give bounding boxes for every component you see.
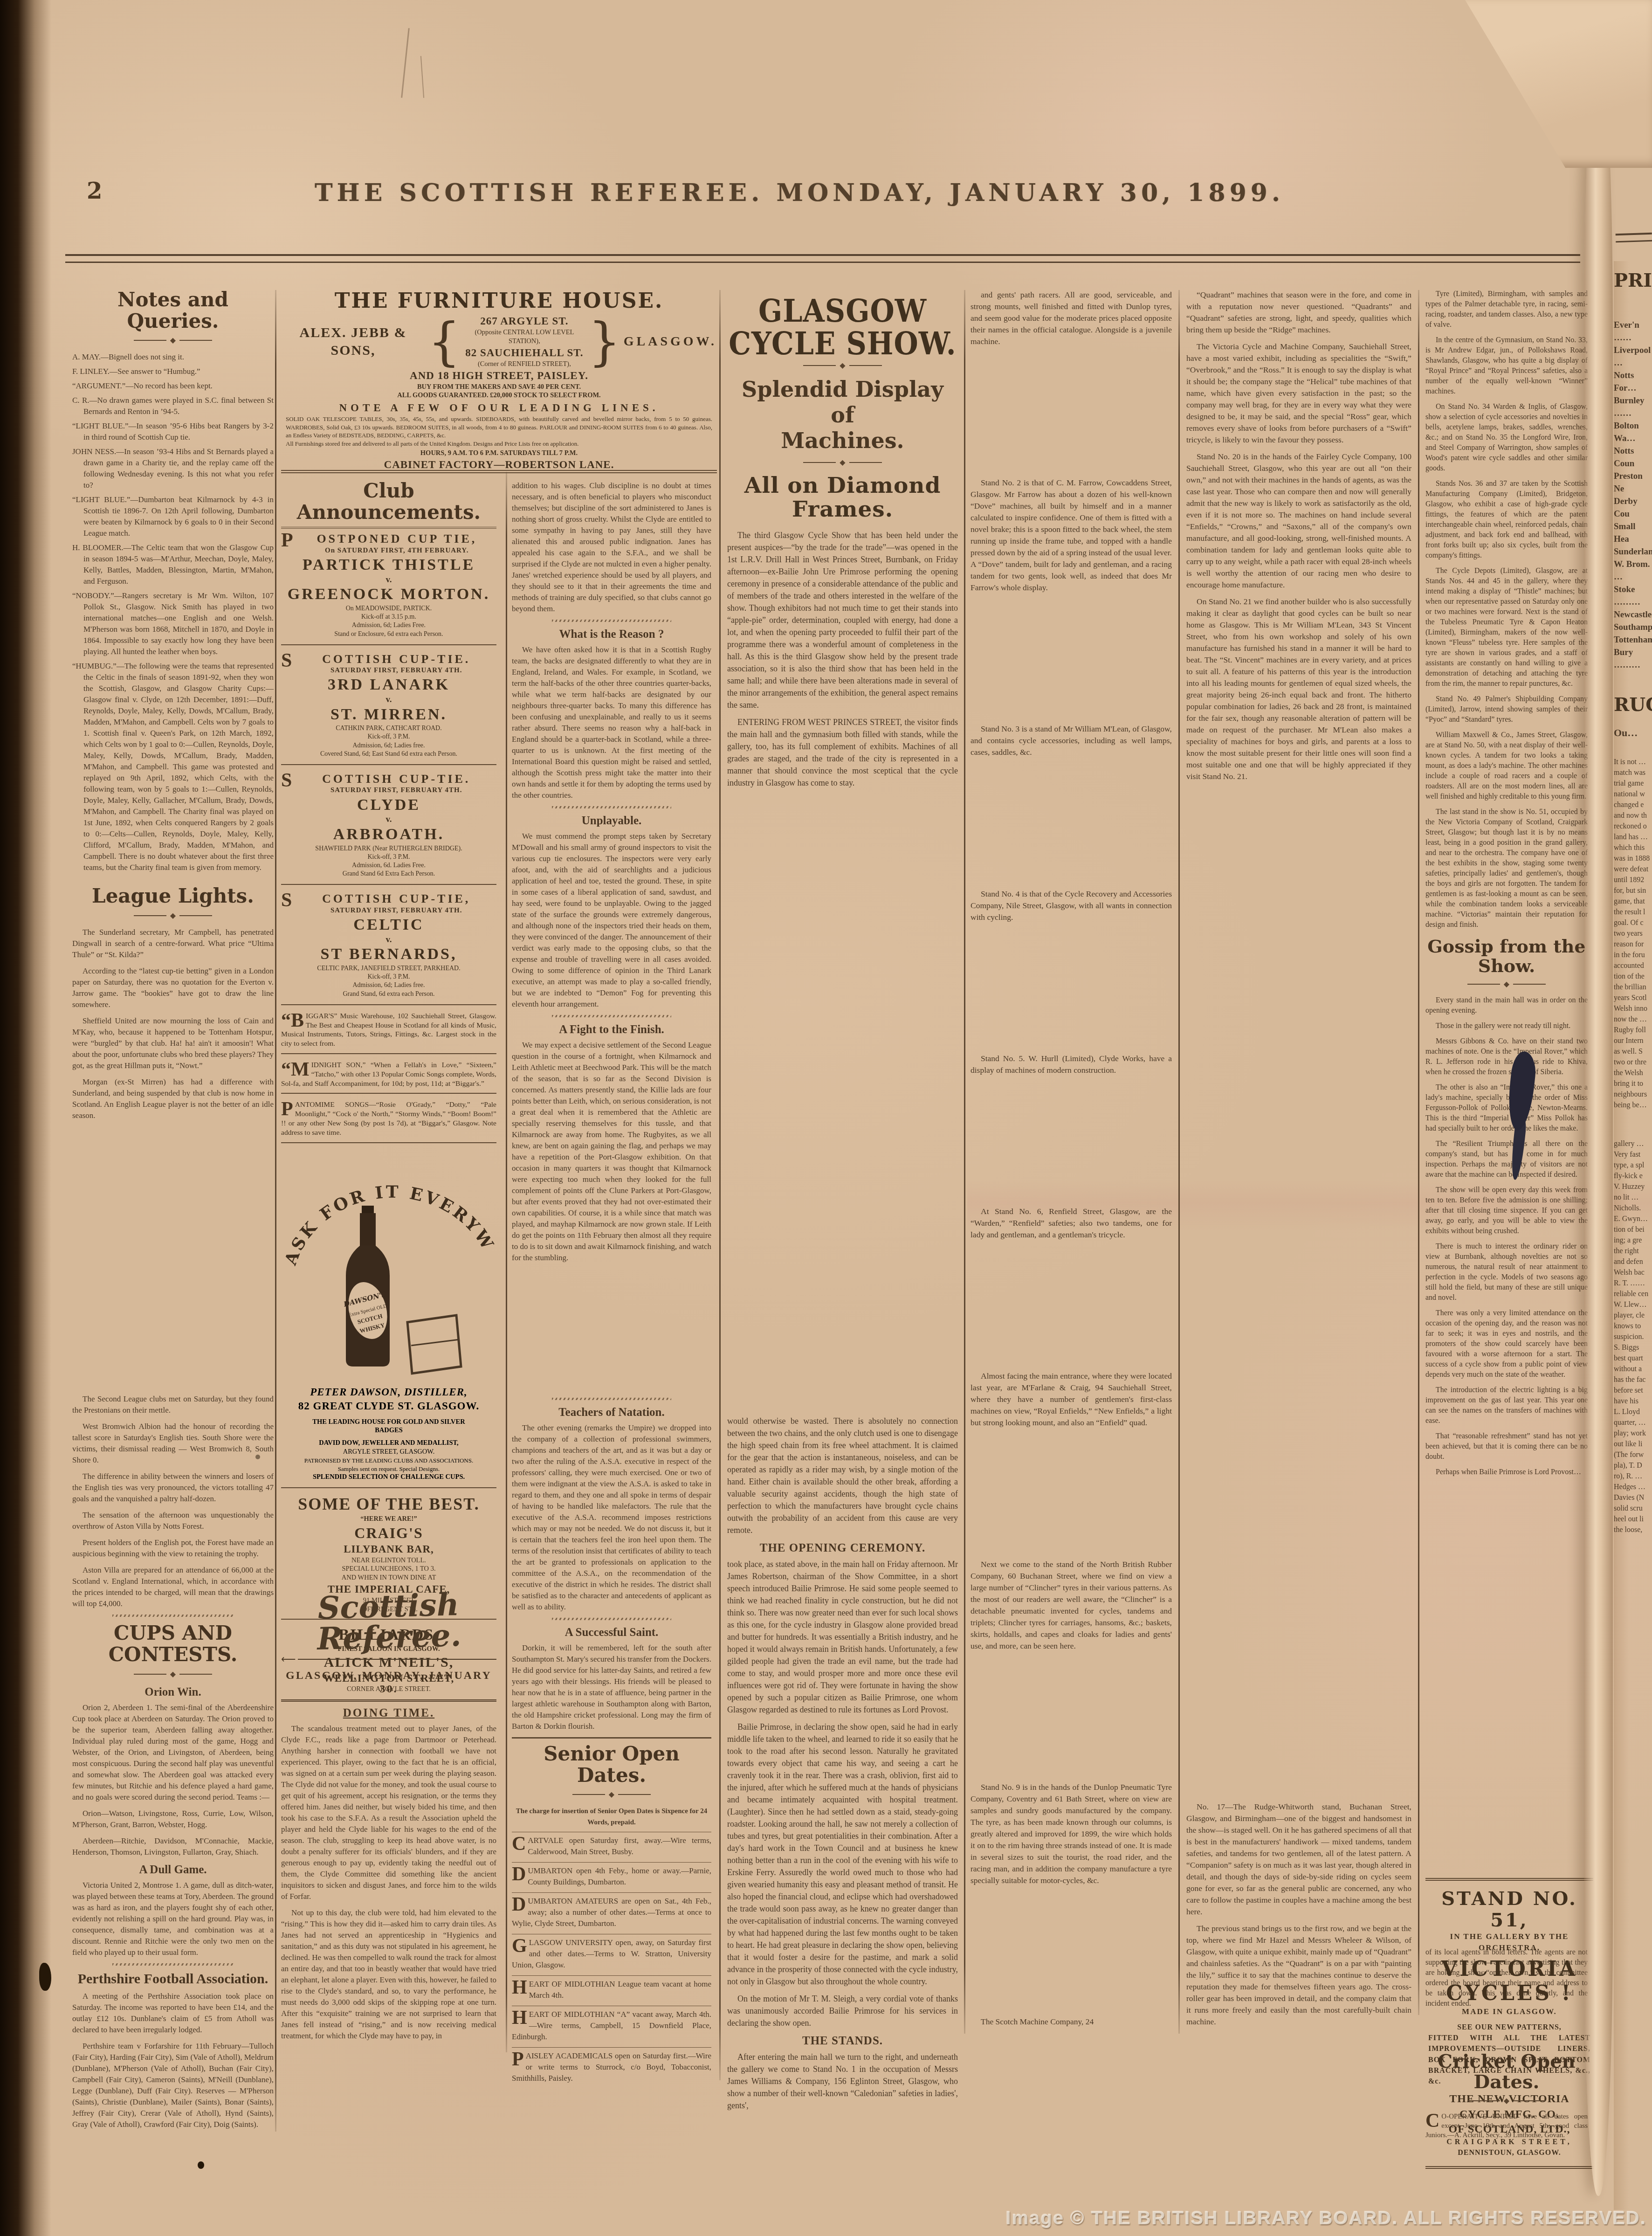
kickoff: Kick-off, 3 P.M. — [281, 853, 496, 862]
article-text: would otherwise be wasted. There is abso… — [727, 1415, 958, 1536]
stand-price: Covered Stand, 6d; East Stand 6d extra e… — [281, 750, 496, 759]
open-date-item: HEART OF MIDLOTHIAN “A” vacant away, Mar… — [512, 2006, 711, 2043]
query-item: “ARGUMENT.”—No record has been kept. — [72, 380, 274, 392]
team-line: Aberdeen—Ritchie, Davidson, M'Connachie,… — [72, 1836, 274, 1858]
divider-ornament: ◆ — [727, 458, 958, 467]
stand-paragraph: Stand No. 9 is in the hands of the Dunlo… — [971, 1781, 1172, 1886]
article-text: On the motion of Mr T. M. Sleigh, a very… — [727, 1993, 958, 2029]
article-subhead: Splendid Display of — [727, 377, 958, 428]
column-editorial: addition to his wages. Club discipline i… — [512, 480, 711, 2089]
ad-address: AND 18 HIGH STREET, PAISLEY. — [281, 369, 717, 383]
stand-paragraph: At Stand No. 6, Renfield Street, Glasgow… — [971, 1206, 1172, 1241]
badges-line: BADGES — [281, 1426, 496, 1435]
gossip-paragraph: The “Resilient Triumph” is all there on … — [1425, 1139, 1588, 1180]
bar-name-2: LILYBANK BAR, — [281, 1542, 496, 1556]
bar-luncheons: SPECIAL LUNCHEONS, 1 TO 3. — [281, 1565, 496, 1573]
article-text: A meeting of the Perthshire Association … — [72, 1991, 274, 2036]
cut-heading: PRIN — [1614, 270, 1652, 291]
dawson-whisky-ad: ASK FOR IT EVERYWHERE. DAWSON'S Extra Sp… — [281, 1150, 496, 1488]
versus: v. — [281, 575, 496, 585]
article-text: We may expect a decisive settlement of t… — [512, 1040, 711, 1263]
notice-date: SATURDAY FIRST, FEBRUARY 4TH. — [281, 666, 496, 676]
ad-heading: SOME OF THE BEST. — [281, 1494, 496, 1515]
masthead-title: THE SCOTTISH REFEREE. MONDAY, JANUARY 30… — [0, 181, 1599, 205]
stand-location-line: IN THE GALLERY BY THE ORCHESTRA, — [1428, 1931, 1590, 1953]
query-item: “HUMBUG.”—The following were the teams t… — [72, 661, 274, 873]
league-item: Aston Villa are prepared for an attendan… — [72, 1565, 274, 1609]
club-notice: SCOTTISH CUP-TIE. SATURDAY FIRST, FEBRUA… — [281, 772, 496, 885]
away-team: ARBROATH. — [281, 825, 496, 845]
stand-paragraph: On Stand No. 34 Warden & Inglis, of Glas… — [1425, 402, 1588, 474]
ad-address-note: (Opposite CENTRAL LOW LEVEL STATION), — [463, 328, 585, 346]
open-dates-list: CARTVALE open Saturday first, away.—Wire… — [512, 1832, 711, 2084]
league-item: Sheffield United are now mourning the lo… — [72, 1015, 274, 1071]
subheading: THE OPENING CEREMONY. — [727, 1541, 958, 1555]
query-item: “LIGHT BLUE.”—Dumbarton beat Kilmarnock … — [72, 494, 274, 539]
subheading: A Fight to the Finish. — [512, 1023, 711, 1037]
biggars-music-ad: “BIGGAR'S” Music Warehouse, 102 Sauchieh… — [281, 1012, 496, 1054]
gossip-paragraph: Every stand in the main hall was in orde… — [1425, 995, 1588, 1016]
stand-number-line: STAND No. 51, — [1428, 1888, 1590, 1931]
stand-paragraph: Stand No. 5. W. Hurll (Limited), Clyde W… — [971, 1053, 1172, 1076]
cut-subheading: Ou… — [1614, 727, 1652, 738]
cut-paragraph: It is not … match was trial game nationa… — [1614, 757, 1652, 1111]
stands-paragraphs: Tyre (Limited), Birmingham, with samples… — [1425, 289, 1588, 930]
league-item: The Sunderland secretary, Mr Campbell, h… — [72, 927, 274, 960]
fold-sliver-column: PRIN Ever'n …… Liverpool … Notts For… Bu… — [1614, 261, 1652, 2210]
ad-address: 82 SAUCHIEHALL ST. — [463, 346, 585, 360]
distiller-address: 82 GREAT CLYDE ST. GLASGOW. — [281, 1399, 496, 1413]
brace-left-glyph: { — [428, 316, 461, 367]
column-notes-and-queries: Notes and Queries. ◆ A. MAY.—Bignell doe… — [72, 289, 274, 2135]
article-text: Dorkin, it will be remembered, left for … — [512, 1642, 711, 1732]
article-text: Perthshire team v Forfarshire for 11th F… — [72, 2041, 274, 2130]
ad-city: GLASGOW. — [624, 333, 717, 350]
bar-location: NEAR EGLINTON TOLL. — [281, 1556, 496, 1565]
samples-line: Samples sent on request. Special Designs… — [281, 1465, 496, 1473]
stand-paragraph: In the centre of the Gymnasium, on Stand… — [1425, 335, 1588, 397]
article-text: We have often asked how it is that in a … — [512, 644, 711, 801]
subheading: Teachers of Natation. — [512, 1406, 711, 1420]
article-text: The other evening (remarks the Umpire) w… — [512, 1422, 711, 1613]
club-notice: SCOTTISH CUP-TIE, SATURDAY FIRST, FEBRUA… — [281, 891, 496, 1005]
ad-factory: CABINET FACTORY—ROBERTSON LANE. — [281, 458, 717, 472]
notice-label: SCOTTISH CUP-TIE. — [281, 652, 496, 666]
stand-paragraph: Stand No. 4 is that of the Cycle Recover… — [971, 888, 1172, 923]
jeweller-line: DAVID DOW, JEWELLER AND MEDALLIST, — [281, 1439, 496, 1448]
article-text: Bailie Primrose, in declaring the show o… — [727, 1721, 958, 1988]
stand-price: Stand or Enclosure, 6d extra each Person… — [281, 630, 496, 639]
divider-squiggle — [112, 1615, 233, 1617]
cafe-lead: AND WHEN IN TOWN DINE AT — [281, 1573, 496, 1582]
ink-speck — [198, 2161, 204, 2169]
venue: On MEADOWSIDE, PARTICK. — [281, 605, 496, 613]
article-text: took place, as stated above, in the main… — [727, 1558, 958, 1716]
leader-heading: DOING TIME. — [281, 1706, 496, 1720]
league-item: Morgan (ex-St Mirren) has had a differen… — [72, 1077, 274, 1121]
pantomime-songs-ad: PANTOMIME SONGS—“Rosie O'Grady,” “Dotty,… — [281, 1100, 496, 1143]
header-rule — [65, 254, 1580, 263]
notice-label: SCOTTISH CUP-TIE. — [281, 772, 496, 786]
venue: CATHKIN PARK, CATHCART ROAD. — [281, 725, 496, 733]
divider-ornament: ◆ — [72, 1670, 274, 1679]
stand-paragraph: “Quadrant” machines that season were in … — [1186, 289, 1411, 336]
leader-continuation: addition to his wages. Club discipline i… — [512, 480, 711, 614]
divider-squiggle — [552, 1015, 672, 1017]
versus: v. — [281, 935, 496, 945]
patterns-line: SEE OUR NEW PATTERNS, — [1428, 2022, 1590, 2033]
article-text: The third Glasgow Cycle Show that has be… — [727, 529, 958, 711]
ad-storage-note: All Furnishings stored free and delivere… — [281, 440, 717, 448]
query-item: F. LINLEY.—See answer to “Humbug.” — [72, 366, 274, 377]
notice-date: SATURDAY FIRST, FEBRUARY 4TH. — [281, 786, 496, 795]
whisky-bottle-illustration: ASK FOR IT EVERYWHERE. DAWSON'S Extra Sp… — [282, 1150, 496, 1383]
admission: Admission, 6d; Ladies free. — [281, 981, 496, 990]
admission: Admission, 6d; Ladies Free. — [281, 621, 496, 630]
cut-paragraph: gallery … Very fast type, a spl fly-kick… — [1614, 1139, 1652, 1535]
home-team: PARTICK THISTLE — [281, 555, 496, 575]
column-rule — [1418, 290, 1419, 2015]
divider-ornament: ◆ — [727, 361, 958, 370]
gossip-paragraph: Those in the gallery were not ready till… — [1425, 1021, 1588, 1031]
stand-paragraph: and gents' path racers. All are good, se… — [971, 289, 1172, 347]
divider-ornament: ◆ — [72, 911, 274, 920]
badges-line: THE LEADING HOUSE FOR GOLD AND SILVER — [281, 1418, 496, 1427]
cut-heading: RUG — [1614, 695, 1652, 715]
leader-text: Not up to this day, the club were told, … — [281, 1907, 496, 2042]
ad-address-note: (Corner of RENFIELD STREET), — [463, 360, 585, 369]
venue: CELTIC PARK, JANEFIELD STREET, PARKHEAD. — [281, 965, 496, 973]
subheading: A Successful Saint. — [512, 1626, 711, 1640]
ad-leading-lines: SOLID OAK TELESCOPE TABLES, 30s, 35s, 45… — [281, 415, 717, 440]
stand-paragraph: Stand No. 49 Palmer's Shipbuilding Compa… — [1425, 694, 1588, 725]
stands-paragraphs: and gents' path racers. All are good, se… — [971, 289, 1172, 2033]
open-date-item: HEART OF MIDLOTHIAN League team vacant a… — [512, 1975, 711, 2001]
gossip-paragraph: The show will be open every day this wee… — [1425, 1185, 1588, 1236]
divider-squiggle — [552, 1618, 672, 1620]
versus: v. — [281, 695, 496, 705]
ad-firm: ALEX. JEBB & SONS, — [281, 324, 425, 359]
stand-paragraph: The last stand in the show is No. 51, oc… — [1425, 807, 1588, 930]
open-dates-charge: The charge for insertion of Senior Open … — [512, 1806, 711, 1828]
column-rule — [506, 472, 507, 2052]
query-item: “LIGHT BLUE.”—In season ’95-6 Hibs beat … — [72, 421, 274, 443]
subheading: A Dull Game. — [72, 1863, 274, 1877]
stand-paragraph: Stand No. 20 is in the hands of the Fair… — [1186, 451, 1411, 591]
divider-ornament: ◆ — [512, 1790, 711, 1799]
divider-squiggle — [552, 806, 672, 808]
section-heading: League Lights. — [72, 885, 274, 907]
venue: SHAWFIELD PARK (Near RUTHERGLEN BRIDGE). — [281, 845, 496, 853]
open-date-item: DUMBARTON AMATEURS are open on Sat., 4th… — [512, 1892, 711, 1929]
stand-price: Grand Stand, 6d extra each Person. — [281, 990, 496, 999]
page-fold-curl — [1584, 51, 1613, 2196]
stand-paragraph: Tyre (Limited), Birmingham, with samples… — [1425, 289, 1588, 330]
column-gossip: Tyre (Limited), Birmingham, with samples… — [1425, 289, 1588, 2014]
league-item: The difference in ability between the wi… — [72, 1471, 274, 1504]
patronised-line: PATRONISED BY THE LEADING CLUBS AND ASSO… — [281, 1456, 496, 1465]
kickoff: Kick-off at 3.15 p.m. — [281, 613, 496, 621]
divider-squiggle — [552, 620, 672, 622]
book-spine-shadow — [0, 0, 51, 2236]
divider-ornament: ◆ — [72, 336, 274, 345]
stand-paragraph: On Stand No. 21 we find another builder … — [1186, 596, 1411, 782]
section-heading: Notes and Queries. — [72, 289, 274, 332]
article-text: After entering the main hall we turn to … — [727, 2051, 958, 2112]
away-team: ST BERNARDS, — [281, 945, 496, 965]
gossip-paragraph: Perhaps when Bailie Primrose is Lord Pro… — [1425, 1467, 1588, 1477]
open-date-item: DUMBARTON open 4th Feby., home or away.—… — [512, 1862, 711, 1888]
stand-paragraph: The Victoria Cycle and Machine Company, … — [1186, 341, 1411, 446]
article-text: Victoria United 2, Montrose 1. A game, d… — [72, 1880, 274, 1958]
column-rule — [1178, 290, 1180, 2034]
section-heading: Senior Open Dates. — [512, 1743, 711, 1786]
home-team: CELTIC — [281, 915, 496, 935]
paper-script-masthead: Scottish Referee. — [280, 1588, 497, 1655]
ad-note-line: NOTE A FEW OF OUR LEADING LINES. — [281, 401, 717, 415]
jeweller-address: ARGYLE STREET, GLASGOW. — [281, 1448, 496, 1456]
leader-text: The scandalous treatment meted out to pl… — [281, 1723, 496, 1902]
divider-ornament: ◆ — [1425, 2096, 1588, 2105]
stand-paragraph: Stands Nos. 36 and 37 are taken by the S… — [1425, 479, 1588, 561]
brace-right-glyph: } — [588, 316, 621, 367]
article-headline: GLASGOW CYCLE SHOW. — [727, 295, 958, 360]
svg-text:ASK FOR IT EVERYWHERE.: ASK FOR IT EVERYWHERE. — [282, 1150, 496, 1268]
subheading: What is the Reason ? — [512, 628, 711, 642]
away-team: GREENOCK MORTON. — [281, 585, 496, 605]
column-club-announcements: Club Announcements. POSTPONED CUP TIE, O… — [281, 480, 496, 2047]
ad-slogan: BUY FROM THE MAKERS AND SAVE 40 PER CENT… — [281, 383, 717, 392]
gossip-paragraph: That “reasonable refreshment” stand has … — [1425, 1431, 1588, 1462]
section-heading: CUPS AND CONTESTS. — [72, 1622, 274, 1665]
club-notice: SCOTTISH CUP-TIE. SATURDAY FIRST, FEBRUA… — [281, 652, 496, 765]
ad-slogan: ALL GOODS GUARANTEED. £20,000 STOCK TO S… — [281, 391, 717, 400]
kickoff: Kick-off, 3 P.M. — [281, 973, 496, 981]
gossip-paragraph: Messrs Gibbons & Co. have on their stand… — [1425, 1036, 1588, 1077]
divider-ornament: ◆ — [1425, 980, 1588, 989]
query-item: H. BLOOMER.—The Celtic team that won the… — [72, 542, 274, 587]
league-item: According to the “latest cup-tie betting… — [72, 966, 274, 1010]
open-date-item: PAISLEY ACADEMICALS open on Saturday fir… — [512, 2047, 711, 2084]
distiller-name: PETER DAWSON, DISTILLER, — [281, 1385, 496, 1399]
ad-title: THE FURNITURE HOUSE. — [281, 290, 717, 312]
column-stands-2: “Quadrant” machines that season were in … — [1186, 289, 1411, 2033]
column-rule — [719, 290, 721, 2080]
stand-paragraph: Next we come to the stand of the North B… — [971, 1559, 1172, 1652]
section-heading: Gossip from the Show. — [1425, 937, 1588, 976]
stand-paragraph: William Maxwell & Co., James Street, Gla… — [1425, 730, 1588, 802]
notice-label: SCOTTISH CUP-TIE, — [281, 891, 496, 906]
stand-paragraph: Stand No. 2 is that of C. M. Farrow, Cow… — [971, 477, 1172, 594]
divider-squiggle — [552, 1398, 672, 1400]
league-item: The Second League clubs met on Saturday,… — [72, 1394, 274, 1416]
notice-date: SATURDAY FIRST, FEBRUARY 4TH. — [281, 906, 496, 916]
league-item: The sensation of the afternoon was unque… — [72, 1510, 274, 1532]
stand-paragraph: Almost facing the main entrance, where t… — [971, 1370, 1172, 1429]
stands-paragraphs: “Quadrant” machines that season were in … — [1186, 289, 1411, 446]
versus: v. — [281, 815, 496, 825]
ad-slogan: “HERE WE ARE!” — [281, 1515, 496, 1524]
gossip-paragraph: The other is also an “Imperial Rover,” t… — [1425, 1083, 1588, 1134]
home-team: CLYDE — [281, 795, 496, 815]
league-item: West Bromwich Albion had the honour of r… — [72, 1421, 274, 1466]
article-text: We must commend the prompt steps taken b… — [512, 831, 711, 1010]
section-heading: Cricket Open Dates. — [1425, 2051, 1588, 2092]
club-notice: POSTPONED CUP TIE, On SATURDAY FIRST, 4T… — [281, 531, 496, 645]
away-team: ST. MIRREN. — [281, 705, 496, 725]
masthead-flourish: ⟵ — [281, 1653, 496, 1665]
midnight-son-ad: “MIDNIGHT SON,” “When a Fellah's in Love… — [281, 1061, 496, 1094]
article-text: Orion 2, Aberdeen 1. The semi-final of t… — [72, 1702, 274, 1803]
stands-paragraphs: No. 17—The Rudge-Whitworth stand, Buchan… — [1186, 1801, 1411, 2028]
queries-list: A. MAY.—Bignell does not sing it.F. LINL… — [72, 352, 274, 873]
query-item: “NOBODY.”—Rangers secretary is Mr Wm. Wi… — [72, 590, 274, 657]
article-subhead-2: All on Diamond Frames. — [727, 474, 958, 522]
team-line: Orion—Watson, Livingstone, Ross, Currie,… — [72, 1808, 274, 1830]
stand-paragraph: The Scotch Machine Company, 24 — [971, 2016, 1172, 2028]
gossip-paragraph: There was only a very limited attendance… — [1425, 1308, 1588, 1380]
query-item: A. MAY.—Bignell does not sing it. — [72, 352, 274, 363]
stand-paragraph: The previous stand brings us to the firs… — [1186, 1923, 1411, 2028]
section-heading: Club Announcements. — [281, 480, 496, 529]
league-lights-items: The Sunderland secretary, Mr Campbell, h… — [72, 927, 274, 1121]
stand-price: Grand Stand 6d Extra Each Person. — [281, 870, 496, 878]
gossip-paragraph: There is much to interest the ordinary r… — [1425, 1242, 1588, 1303]
gossip-paragraphs: Every stand in the main hall was in orde… — [1425, 995, 1588, 1477]
library-watermark: Image © THE BRITISH LIBRARY BOARD. ALL R… — [0, 2209, 1646, 2228]
gossip-paragraph: The introduction of the electric lightin… — [1425, 1385, 1588, 1426]
furniture-house-ad: THE FURNITURE HOUSE. ALEX. JEBB & SONS, … — [281, 290, 717, 473]
made-in-line: MADE IN GLASGOW. — [1428, 2006, 1590, 2017]
divider-squiggle — [112, 1963, 233, 1966]
notice-date: On SATURDAY FIRST, 4TH FEBRUARY. — [281, 546, 496, 556]
brand-line: VICTORIA CYCLES ! — [1428, 1957, 1590, 2007]
open-date-item: GLASGOW UNIVERSITY open, away, on Saturd… — [512, 1934, 711, 1971]
district-line: DENNISTOUN, GLASGOW. — [1428, 2147, 1590, 2158]
query-item: JOHN NESS.—In season ’93-4 Hibs and St B… — [72, 446, 274, 491]
stand-paragraph: No. 17—The Rudge-Whitworth stand, Buchan… — [1186, 1801, 1411, 1918]
ad-hours: HOURS, 9 A.M. TO 6 P.M. SATURDAYS TILL 7… — [281, 449, 717, 458]
ad-address: 267 ARGYLE ST. — [463, 314, 585, 328]
subheading: Unplayable. — [512, 814, 711, 828]
column-stands-1: and gents' path racers. All are good, se… — [971, 289, 1172, 2033]
subheading: THE STANDS. — [727, 2034, 958, 2048]
admission: Admission, 6d. Ladies Free. — [281, 862, 496, 870]
cut-club-list: Ever'n …… Liverpool … Notts For… Burnley… — [1614, 319, 1652, 671]
league-lights-items-2: The Second League clubs met on Saturday,… — [72, 1394, 274, 1609]
open-date-item: CARTVALE open Saturday first, away.—Wire… — [512, 1832, 711, 1857]
cricket-entry: CO-OPERATIVE UNITED have all dates open … — [1425, 2112, 1588, 2140]
home-team: 3RD LANARK — [281, 675, 496, 695]
challenge-cups-line: SPLENDID SELECTION OF CHALLENGE CUPS. — [281, 1473, 496, 1482]
column-rule — [275, 290, 276, 2132]
kickoff: Kick-off, 3 P.M. — [281, 733, 496, 741]
article-subhead: Machines. — [727, 428, 958, 454]
section-heading: Perthshire Football Association. — [72, 1971, 274, 1988]
arc-slogan-text: ASK FOR IT EVERYWHERE. — [282, 1150, 496, 1268]
column-rule — [964, 290, 965, 2034]
subheading: Orion Win. — [72, 1685, 274, 1699]
article-text: ENTERING FROM WEST PRINCES STREET, the v… — [727, 716, 958, 789]
notice-label: POSTPONED CUP TIE, — [281, 531, 496, 546]
header-rule-fold — [1616, 233, 1652, 243]
cricket-open-dates: Cricket Open Dates. ◆ CO-OPERATIVE UNITE… — [1425, 2051, 1588, 2140]
stand-paragraph: Stand No. 3 is a stand of Mr William M'L… — [971, 723, 1172, 758]
ad-phone: TELEPHONE, No. 3,989. — [281, 472, 717, 473]
admission: Admission, 6d; Ladies free. — [281, 742, 496, 750]
stand-paragraph: The Cycle Depots (Limited), Glasgow, are… — [1425, 566, 1588, 689]
query-item: C. R.—No drawn games were played in S.C.… — [72, 395, 274, 417]
bar-name: CRAIG'S — [281, 1524, 496, 1542]
dateline: GLASGOW, MONDAY, JANUARY 30. — [281, 1669, 496, 1702]
league-item: Present holders of the English pot, the … — [72, 1537, 274, 1560]
column-cycle-show: GLASGOW CYCLE SHOW. ◆ Splendid Display o… — [727, 298, 958, 2117]
